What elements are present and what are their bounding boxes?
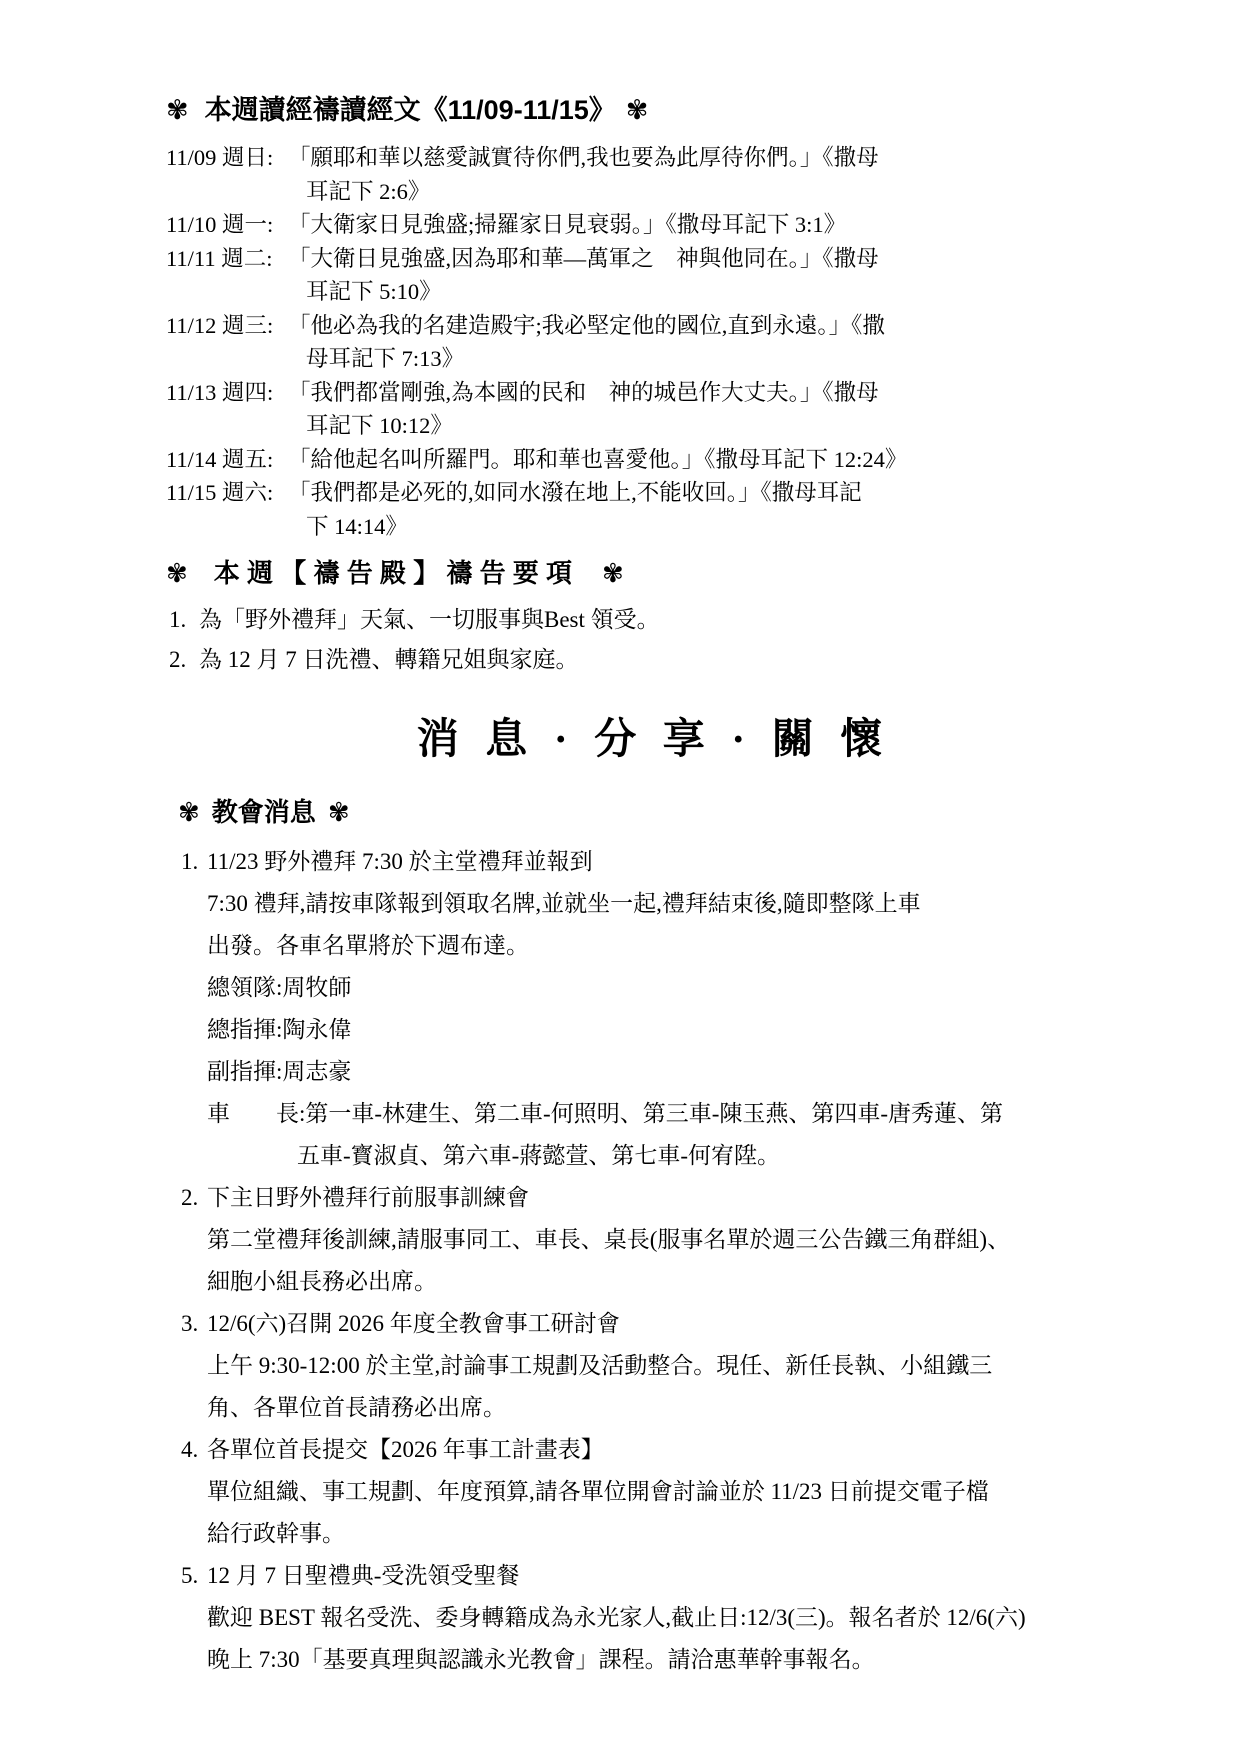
news-item: 5.12 月 7 日聖禮典-受洗領受聖餐 歡迎 BEST 報名受洗、委身轉籍成為… bbox=[181, 1555, 1181, 1681]
scripture-date: 11/13 週四: bbox=[166, 376, 288, 443]
news-item-title: 5.12 月 7 日聖禮典-受洗領受聖餐 bbox=[181, 1555, 1181, 1597]
scripture-line: 母耳記下 7:13》 bbox=[288, 342, 885, 376]
scripture-section: ✾本週讀經禱讀經文《11/09-11/15》✾ 11/09 週日: 「願耶和華以… bbox=[166, 88, 1181, 543]
prayer-item-text: 為 12 月 7 日洗禮、轉籍兄姐與家庭。 bbox=[199, 640, 579, 680]
news-item: 4.各單位首長提交【2026 年事工計畫表】 單位組織、事工規劃、年度預算,請各… bbox=[181, 1429, 1181, 1555]
scripture-line: 「給他起名叫所羅門。耶和華也喜愛他。」《撒母耳記下 12:24》 bbox=[288, 443, 907, 477]
news-item-title-text: 下主日野外禮拜行前服事訓練會 bbox=[207, 1185, 529, 1210]
news-item-line: 第二堂禮拜後訓練,請服事同工、車長、桌長(服事名單於週三公告鐵三角群組)、 bbox=[207, 1219, 1181, 1261]
scripture-entry: 11/13 週四: 「我們都當剛強,為本國的民和 神的城邑作大丈夫。」《撒母 耳… bbox=[166, 376, 1181, 443]
florette-icon: ✾ bbox=[166, 95, 189, 126]
news-main-title: 消 息 · 分 享 · 關 懷 bbox=[166, 706, 1141, 766]
news-item-line: 7:30 禮拜,請按車隊報到領取名牌,並就坐一起,禮拜結束後,隨即整隊上車 bbox=[207, 883, 1181, 925]
news-item-title: 2.下主日野外禮拜行前服事訓練會 bbox=[181, 1177, 1181, 1219]
scripture-line: 「他必為我的名建造殿宇;我必堅定他的國位,直到永遠。」《撒 bbox=[288, 309, 885, 343]
church-news-title-text: 教會消息 bbox=[212, 797, 316, 827]
scripture-date: 11/09 週日: bbox=[166, 141, 288, 208]
news-item-line: 晚上 7:30「基要真理與認識永光教會」課程。請洽惠華幹事報名。 bbox=[207, 1639, 1181, 1681]
news-item-line: 出發。各車名單將於下週布達。 bbox=[207, 925, 1181, 967]
news-item-line: 歡迎 BEST 報名受洗、委身轉籍成為永光家人,截止日:12/3(三)。報名者於… bbox=[207, 1597, 1181, 1639]
scripture-line: 耳記下 2:6》 bbox=[288, 175, 879, 209]
florette-icon: ✾ bbox=[328, 798, 350, 828]
scripture-line: 耳記下 10:12》 bbox=[288, 409, 879, 443]
news-item-number: 1. bbox=[181, 841, 207, 883]
scripture-entry: 11/11 週二: 「大衛日見強盛,因為耶和華—萬軍之 神與他同在。」《撒母 耳… bbox=[166, 242, 1181, 309]
prayer-item-text: 為「野外禮拜」天氣、一切服事與Best 領受。 bbox=[199, 600, 660, 640]
scripture-text: 「給他起名叫所羅門。耶和華也喜愛他。」《撒母耳記下 12:24》 bbox=[288, 443, 907, 477]
news-item-line: 給行政幹事。 bbox=[207, 1513, 1181, 1555]
news-item: 3.12/6(六)召開 2026 年度全教會事工研討會 上午 9:30-12:0… bbox=[181, 1303, 1181, 1429]
news-item-title: 3.12/6(六)召開 2026 年度全教會事工研討會 bbox=[181, 1303, 1181, 1345]
scripture-date: 11/14 週五: bbox=[166, 443, 288, 477]
news-item-line: 五車-寳淑貞、第六車-蔣懿萱、第七車-何宥陞。 bbox=[297, 1135, 1181, 1177]
scripture-text: 「我們都是必死的,如同水潑在地上,不能收回。」《撒母耳記 下 14:14》 bbox=[288, 476, 862, 543]
scripture-text: 「大衛家日見強盛;掃羅家日見衰弱。」《撒母耳記下 3:1》 bbox=[288, 208, 846, 242]
news-item-line: 總指揮:陶永偉 bbox=[207, 1009, 1181, 1051]
news-item-title-text: 11/23 野外禮拜 7:30 於主堂禮拜並報到 bbox=[207, 849, 593, 874]
scripture-line: 「願耶和華以慈愛誠實待你們,我也要為此厚待你們。」《撒母 bbox=[288, 141, 879, 175]
prayer-title-text: 本 週 【 禱 告 殿 】 禱 告 要 項 bbox=[214, 558, 572, 588]
scripture-text: 「他必為我的名建造殿宇;我必堅定他的國位,直到永遠。」《撒 母耳記下 7:13》 bbox=[288, 309, 885, 376]
florette-icon: ✾ bbox=[602, 559, 624, 589]
scripture-line: 「我們都當剛強,為本國的民和 神的城邑作大丈夫。」《撒母 bbox=[288, 376, 879, 410]
news-item-line: 車 長:第一車-林建生、第二車-何照明、第三車-陳玉燕、第四車-唐秀蓮、第 bbox=[207, 1093, 1181, 1135]
news-item-number: 5. bbox=[181, 1555, 207, 1597]
scripture-entry: 11/14 週五: 「給他起名叫所羅門。耶和華也喜愛他。」《撒母耳記下 12:2… bbox=[166, 443, 1181, 477]
scripture-date: 11/15 週六: bbox=[166, 476, 288, 543]
news-item-line: 副指揮:周志豪 bbox=[207, 1051, 1181, 1093]
scripture-entry: 11/15 週六: 「我們都是必死的,如同水潑在地上,不能收回。」《撒母耳記 下… bbox=[166, 476, 1181, 543]
scripture-entry: 11/10 週一: 「大衛家日見強盛;掃羅家日見衰弱。」《撒母耳記下 3:1》 bbox=[166, 208, 1181, 242]
news-item-number: 3. bbox=[181, 1303, 207, 1345]
prayer-item-number: 2. bbox=[169, 640, 199, 680]
church-news-title: ✾教會消息✾ bbox=[178, 792, 1181, 829]
news-item-title-text: 各單位首長提交【2026 年事工計畫表】 bbox=[207, 1437, 604, 1462]
news-item-line: 上午 9:30-12:00 於主堂,討論事工規劃及活動整合。現任、新任長執、小組… bbox=[207, 1345, 1181, 1387]
prayer-section-title: ✾本 週 【 禱 告 殿 】 禱 告 要 項✾ bbox=[166, 553, 1181, 590]
scripture-line: 下 14:14》 bbox=[288, 510, 862, 544]
bulletin-page: ✾本週讀經禱讀經文《11/09-11/15》✾ 11/09 週日: 「願耶和華以… bbox=[0, 0, 1241, 1755]
scripture-entry: 11/09 週日: 「願耶和華以慈愛誠實待你們,我也要為此厚待你們。」《撒母 耳… bbox=[166, 141, 1181, 208]
prayer-item-number: 1. bbox=[169, 600, 199, 640]
news-item-number: 4. bbox=[181, 1429, 207, 1471]
news-item-title: 4.各單位首長提交【2026 年事工計畫表】 bbox=[181, 1429, 1181, 1471]
florette-icon: ✾ bbox=[626, 95, 649, 126]
scripture-line: 「大衛日見強盛,因為耶和華—萬軍之 神與他同在。」《撒母 bbox=[288, 242, 879, 276]
news-item-line: 細胞小組長務必出席。 bbox=[207, 1261, 1181, 1303]
scripture-date: 11/12 週三: bbox=[166, 309, 288, 376]
news-item: 1.11/23 野外禮拜 7:30 於主堂禮拜並報到 7:30 禮拜,請按車隊報… bbox=[181, 841, 1181, 1177]
scripture-date: 11/11 週二: bbox=[166, 242, 288, 309]
news-item-line: 角、各單位首長請務必出席。 bbox=[207, 1387, 1181, 1429]
scripture-line: 「我們都是必死的,如同水潑在地上,不能收回。」《撒母耳記 bbox=[288, 476, 862, 510]
scripture-section-title: ✾本週讀經禱讀經文《11/09-11/15》✾ bbox=[166, 88, 1181, 127]
news-item-line: 單位組織、事工規劃、年度預算,請各單位開會討論並於 11/23 日前提交電子檔 bbox=[207, 1471, 1181, 1513]
news-item-title-text: 12/6(六)召開 2026 年度全教會事工研討會 bbox=[207, 1311, 620, 1336]
church-news-section: ✾教會消息✾ 1.11/23 野外禮拜 7:30 於主堂禮拜並報到 7:30 禮… bbox=[166, 792, 1181, 1681]
news-item-number: 2. bbox=[181, 1177, 207, 1219]
news-item-title-text: 12 月 7 日聖禮典-受洗領受聖餐 bbox=[207, 1563, 519, 1588]
florette-icon: ✾ bbox=[166, 559, 188, 589]
scripture-line: 「大衛家日見強盛;掃羅家日見衰弱。」《撒母耳記下 3:1》 bbox=[288, 208, 846, 242]
scripture-text: 「我們都當剛強,為本國的民和 神的城邑作大丈夫。」《撒母 耳記下 10:12》 bbox=[288, 376, 879, 443]
scripture-date: 11/10 週一: bbox=[166, 208, 288, 242]
scripture-title-text: 本週讀經禱讀經文《11/09-11/15》 bbox=[205, 95, 616, 125]
prayer-item: 2. 為 12 月 7 日洗禮、轉籍兄姐與家庭。 bbox=[169, 640, 1181, 680]
florette-icon: ✾ bbox=[178, 798, 200, 828]
news-item-line: 總領隊:周牧師 bbox=[207, 967, 1181, 1009]
news-item: 2.下主日野外禮拜行前服事訓練會 第二堂禮拜後訓練,請服事同工、車長、桌長(服事… bbox=[181, 1177, 1181, 1303]
scripture-entry: 11/12 週三: 「他必為我的名建造殿宇;我必堅定他的國位,直到永遠。」《撒 … bbox=[166, 309, 1181, 376]
scripture-line: 耳記下 5:10》 bbox=[288, 275, 879, 309]
news-item-title: 1.11/23 野外禮拜 7:30 於主堂禮拜並報到 bbox=[181, 841, 1181, 883]
scripture-text: 「願耶和華以慈愛誠實待你們,我也要為此厚待你們。」《撒母 耳記下 2:6》 bbox=[288, 141, 879, 208]
prayer-section: ✾本 週 【 禱 告 殿 】 禱 告 要 項✾ 1. 為「野外禮拜」天氣、一切服… bbox=[166, 553, 1181, 680]
prayer-item: 1. 為「野外禮拜」天氣、一切服事與Best 領受。 bbox=[169, 600, 1181, 640]
scripture-text: 「大衛日見強盛,因為耶和華—萬軍之 神與他同在。」《撒母 耳記下 5:10》 bbox=[288, 242, 879, 309]
